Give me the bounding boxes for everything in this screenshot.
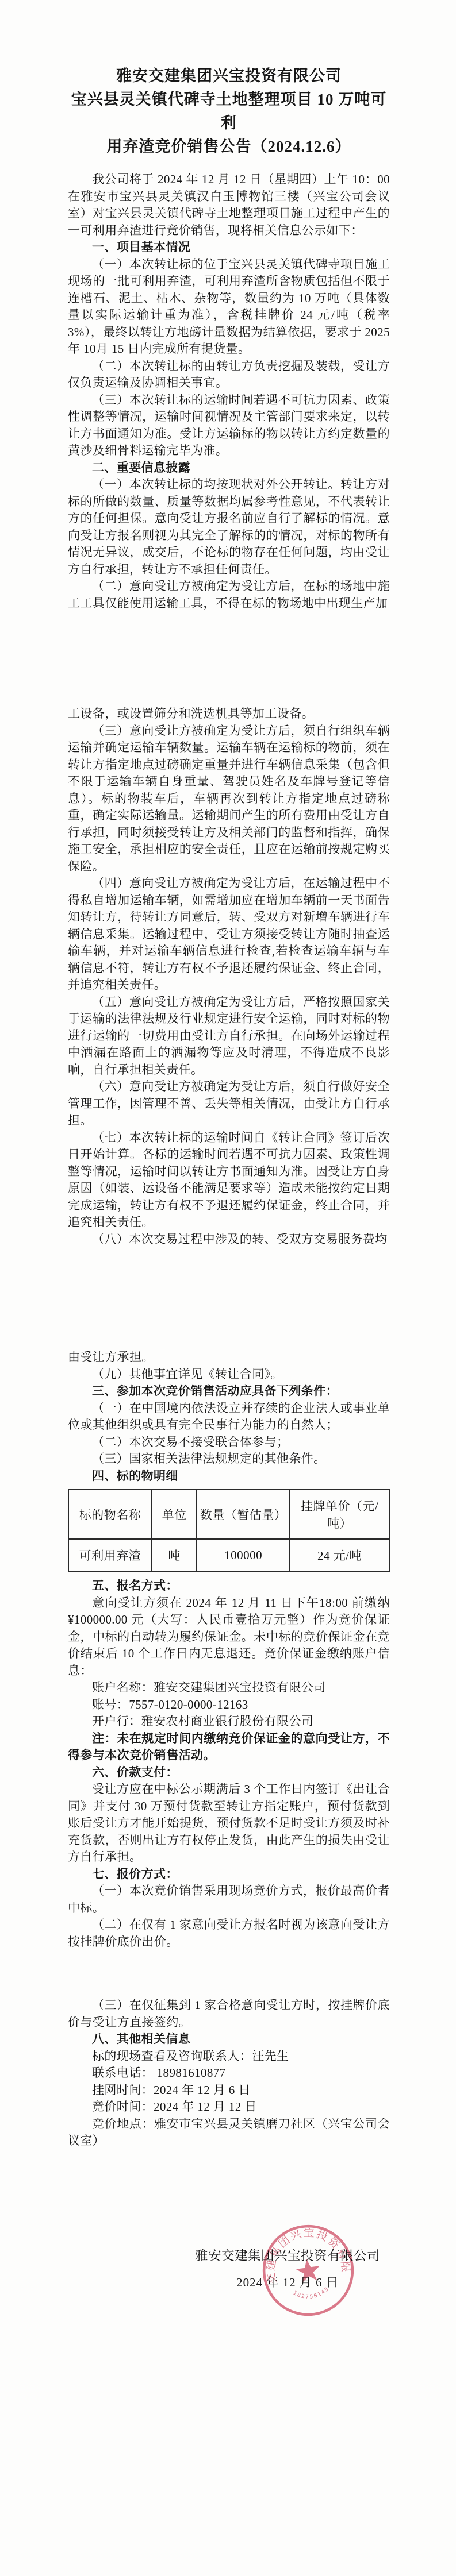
- clause-1-1: （一）本次转让标的位于宝兴县灵关镇代碑寺项目施工现场的一批可利用弃渣，可利用弃渣…: [68, 256, 390, 358]
- title-line-2: 宝兴县灵关镇代碑寺土地整理项目 10 万吨可利: [68, 88, 390, 135]
- clause-2-5: （五）意向受让方被确定为受让方后，严格按照国家关于运输的法律法规及行业规定进行安…: [68, 994, 390, 1079]
- subject-matter-table: 标的物名称 单位 数量（暂估量） 挂牌单价（元/吨） 可利用弃渣 吨 10000…: [68, 1489, 390, 1572]
- clause-2-2-part2: 工设备，或设置筛分和洗选机具等加工设备。: [68, 705, 390, 723]
- clause-2-9: （九）其他事宜详见《转让合同》。: [68, 1366, 390, 1383]
- section-4-heading: 四、标的物明细: [68, 1468, 390, 1485]
- clause-7-2: （二）在仅有 1 家意向受让方报名时视为该意向受让方按挂牌价底价出价。: [68, 1916, 390, 1950]
- section-5-heading: 五、报名方式：: [68, 1578, 390, 1595]
- table-data-row: 可利用弃渣 吨 100000 24 元/吨: [68, 1539, 389, 1571]
- section-6-heading: 六、价款支付：: [68, 1764, 390, 1781]
- bidding-location-line: 竞价地点：雅安市宝兴县灵关镇磨刀社区（兴宝公司会议室）: [68, 2116, 390, 2150]
- clause-2-6: （六）意向受让方被确定为受让方后，须自行做好安全管理工作，因管理不善、丢失等相关…: [68, 1078, 390, 1129]
- deposit-paragraph: 意向受让方须在 2024 年 12 月 11 日下午18:00 前缴纳¥1000…: [68, 1595, 390, 1680]
- page-3: 由受让方承担。 （九）其他事宜详见《转让合同》。 三、参加本次竞价销售活动应具备…: [68, 1349, 390, 1950]
- contact-line: 标的现场查看及咨询联系人：汪先生: [68, 2048, 390, 2065]
- scanned-announcement-document: 雅安交建集团兴宝投资有限公司 宝兴县灵关镇代碑寺土地整理项目 10 万吨可利 用…: [0, 0, 456, 2576]
- section-1-heading: 一、项目基本情况: [68, 239, 390, 256]
- page-4: （三）在仅征集到 1 家合格意向受让方时，按挂牌价底价与受让方直接签约。 八、其…: [68, 1997, 390, 2150]
- page-2: 工设备，或设置筛分和洗选机具等加工设备。 （三）意向受让方被确定为受让方后，须自…: [68, 705, 390, 1248]
- cell-unit: 吨: [152, 1539, 197, 1571]
- clause-2-8-part2: 由受让方承担。: [68, 1349, 390, 1366]
- clause-3-1: （一）在中国境内依法设立并存续的企业法人或事业单位或其他组织或具有完全民事行为能…: [68, 1400, 390, 1434]
- clause-2-2-part1: （二）意向受让方被确定为受让方后，在标的场地中施工工具仅能使用运输工具，不得在标…: [68, 578, 390, 612]
- signature-block: 雅安交建集团兴宝投资有限公司 2024 年 12 月 6 日: [193, 2247, 382, 2291]
- clause-1-3: （三）本次转让标的运输时间若遇不可抗力因素、政策性调整等情况，运输时间视情况及主…: [68, 392, 390, 460]
- clause-2-3: （三）意向受让方被确定为受让方后，须自行组织车辆运输并确定运输车辆数量。运输车辆…: [68, 723, 390, 876]
- section-7-heading: 七、报价方式：: [68, 1866, 390, 1883]
- clause-2-1: （一）本次转让标的均按现状对外公开转让。转让方对标的所做的数量、质量等数据均属参…: [68, 476, 390, 578]
- clause-2-8-part1: （八）本次交易过程中涉及的转、受双方交易服务费均: [68, 1231, 390, 1248]
- account-name-line: 账户名称：雅安交建集团兴宝投资有限公司: [68, 1679, 390, 1696]
- document-title: 雅安交建集团兴宝投资有限公司 宝兴县灵关镇代碑寺土地整理项目 10 万吨可利 用…: [68, 64, 390, 159]
- intro-paragraph: 我公司将于 2024 年 12 月 12 日（星期四）上午 10：00在雅安市宝…: [68, 171, 390, 239]
- clause-7-1: （一）本次竞价销售采用现场竞价方式，报价最高价者中标。: [68, 1883, 390, 1916]
- deposit-note-paragraph: 注：未在规定时间内缴纳竞价保证金的意向受让方，不得参与本次竞价销售活动。: [68, 1730, 390, 1764]
- cell-quantity: 100000: [197, 1539, 290, 1571]
- clause-2-7: （七）本次转让标的运输时间自《转让合同》签订后次日开始计算。各标的运输时间若遇不…: [68, 1129, 390, 1231]
- section-8-heading: 八、其他相关信息: [68, 2031, 390, 2048]
- table-header-row: 标的物名称 单位 数量（暂估量） 挂牌单价（元/吨）: [68, 1490, 389, 1539]
- bank-line: 开户行：雅安农村商业银行股份有限公司: [68, 1713, 390, 1730]
- payment-paragraph: 受让方应在中标公示期满后 3 个工作日内签订《出让合同》并支付 30 万预付货款…: [68, 1781, 390, 1866]
- signature-company: 雅安交建集团兴宝投资有限公司: [193, 2247, 382, 2265]
- clause-1-2: （二）本次转让标的由转让方负责挖掘及装载，受让方仅负责运输及协调相关事宜。: [68, 358, 390, 392]
- clause-2-4: （四）意向受让方被确定为受让方后，在运输过程中不得私自增加运输车辆，如需增加应在…: [68, 875, 390, 994]
- clause-3-3: （三）国家相关法律法规规定的其他条件。: [68, 1451, 390, 1468]
- cell-subject-name: 可利用弃渣: [68, 1539, 152, 1571]
- header-unit: 单位: [152, 1490, 197, 1539]
- cell-listing-price: 24 元/吨: [290, 1539, 389, 1571]
- phone-line: 联系电话： 18981610877: [68, 2065, 390, 2082]
- account-number-line: 账号：7557-0120-0000-12163: [68, 1696, 390, 1714]
- section-3-heading: 三、参加本次竞价销售活动应具备下列条件：: [68, 1383, 390, 1400]
- header-listing-price: 挂牌单价（元/吨）: [290, 1490, 389, 1539]
- clause-7-3: （三）在仅征集到 1 家合格意向受让方时，按挂牌价底价与受让方直接签约。: [68, 1997, 390, 2031]
- signature-date: 2024 年 12 月 6 日: [193, 2274, 382, 2291]
- title-line-3: 用弃渣竞价销售公告（2024.12.6）: [68, 135, 390, 159]
- clause-3-2: （二）本次交易不接受联合体参与；: [68, 1434, 390, 1451]
- header-subject-name: 标的物名称: [68, 1490, 152, 1539]
- listing-time-line: 挂网时间：2024 年 12 月 6 日: [68, 2082, 390, 2099]
- bidding-time-line: 竞价时间：2024 年 12 月 12 日: [68, 2099, 390, 2116]
- title-line-1: 雅安交建集团兴宝投资有限公司: [68, 64, 390, 88]
- page-1: 雅安交建集团兴宝投资有限公司 宝兴县灵关镇代碑寺土地整理项目 10 万吨可利 用…: [68, 64, 390, 612]
- header-quantity: 数量（暂估量）: [197, 1490, 290, 1539]
- section-2-heading: 二、重要信息披露: [68, 460, 390, 477]
